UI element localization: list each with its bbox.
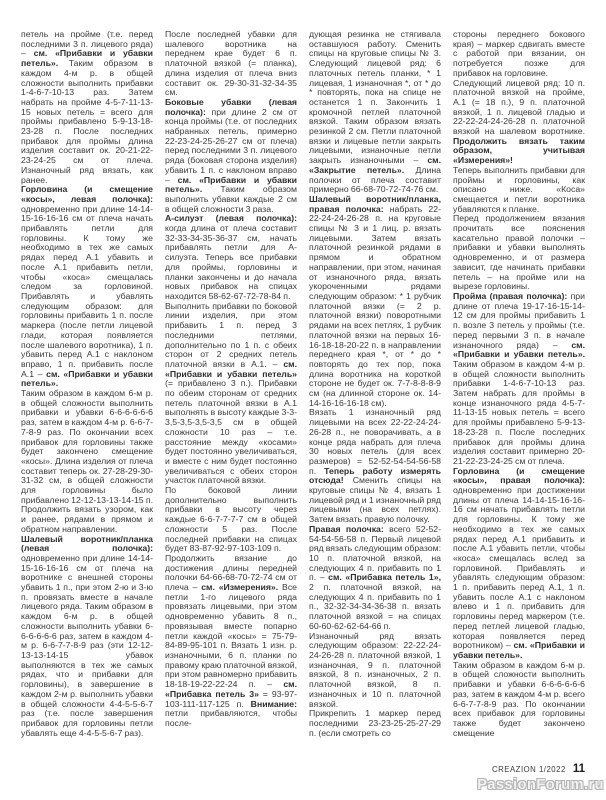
bold-run: см. «Измерения». (201, 582, 278, 592)
magazine-page: петель на пройме (т.е. перед последними … (0, 0, 606, 800)
text-column-3: дующая резинка не стягивала оставшуюся р… (309, 30, 441, 738)
text-run: Таким образом в каждом 6-м р. в общей сл… (21, 388, 153, 534)
text-run: при длине от плеча 19-17-16-15-14-12 см … (453, 291, 585, 350)
text-run: Следующий лицевой ряд: 10 п. платочной в… (453, 78, 585, 137)
bold-run: Шалевый воротник/планка (левая полочка): (21, 534, 153, 554)
paragraph: Продолжить вязание до достижения длины п… (165, 554, 297, 729)
text-run: Таким образом в каждом 4-м р. в общей сл… (21, 58, 153, 184)
text-column-1: петель на пройме (т.е. перед последними … (21, 30, 153, 738)
text-run: Перед продолжением вязания прочитать все… (453, 213, 585, 291)
text-run: одновременно при достижении длины от пле… (453, 485, 585, 650)
bold-run: Продолжить вязать таким образом, учитыва… (453, 136, 585, 165)
text-run: Таким образом в каждом 6-м р. в общей сл… (453, 660, 585, 738)
paragraph: Изнаночный ряд вязать следующим образом:… (309, 632, 441, 710)
paragraph: По боковой линии дополнительно выполнить… (165, 486, 297, 554)
paragraph: Таким образом в каждом 6-м р. в общей сл… (453, 661, 585, 739)
text-run: Все петли 1-го лицевого ряда провязать л… (165, 582, 297, 689)
text-run: одновременно при длине 14-14-15-16-16-16… (21, 553, 153, 738)
bold-run: А-силуэт (левая полочка): (165, 213, 297, 223)
paragraph: Боковые убавки (левая полочка): при длин… (165, 98, 297, 214)
text-run: дующая резинка не стягивала оставшуюся р… (309, 29, 441, 165)
text-run: (= прибавлено 3 п.). Прибавки по обеим с… (165, 378, 297, 485)
paragraph: дующая резинка не стягивала оставшуюся р… (309, 30, 441, 195)
text-run: одновременно при длине 14-14-15-16-16-16… (21, 204, 153, 379)
text-run: набрать 22-22-24-24-26-28 п. на круговые… (309, 204, 441, 408)
bold-run: Горловина (и смещение «косы», левая поло… (21, 184, 153, 204)
bold-run: Горловина (и смещение «косы», правая пол… (453, 466, 585, 486)
text-run: когда длина от плеча составит 32-33-34-3… (165, 223, 297, 301)
paragraph: Таким образом в каждом 6-м р. в общей сл… (21, 389, 153, 535)
paragraph: Горловина (и смещение «косы», левая поло… (21, 185, 153, 389)
bold-run: Внимание: (251, 699, 297, 709)
text-run: Таким образом в каждом 4-м р. в общей сл… (453, 359, 585, 466)
text-column-4: стороны переднего бокового края) – марке… (453, 30, 585, 738)
magazine-issue-label: CREAZION 1/2022 (492, 765, 566, 774)
bold-run: Пройма (правая полочка): (453, 291, 567, 301)
paragraph: Правая полочка: всего 52-52-54-54-56-58 … (309, 525, 441, 632)
bold-run: Правая полочка: (309, 524, 384, 534)
text-run: После последней убавки для шалевого воро… (165, 29, 297, 97)
page-number: 11 (573, 763, 585, 775)
page-footer: CREAZION 1/2022 11 (492, 763, 585, 775)
paragraph: петель на пройме (т.е. перед последними … (21, 30, 153, 185)
columns: петель на пройме (т.е. перед последними … (21, 30, 585, 738)
paragraph: Горловина (и смещение «косы», правая пол… (453, 467, 585, 661)
paragraph: стороны переднего бокового края) – марке… (453, 30, 585, 79)
watermark: PassionForum.ru (477, 777, 604, 793)
paragraph: Перед продолжением вязания прочитать все… (453, 214, 585, 292)
paragraph: Шалевый воротник/планка (левая полочка):… (21, 535, 153, 739)
bold-run: см. «Прибавка петель 1», (328, 572, 441, 582)
text-run: Теперь выполнить прибавки для проймы и г… (453, 165, 585, 214)
text-run: стороны переднего бокового края) – марке… (453, 29, 585, 78)
text-run: при длине 2 см от конца проймы (т.е. от … (165, 107, 297, 185)
paragraph: Пройма (правая полочка): при длине от пл… (453, 292, 585, 467)
paragraph: Выполнить прибавки по боковой линии изде… (165, 302, 297, 486)
paragraph: Шалевый воротник/планка, правая полочка:… (309, 195, 441, 408)
text-run: Прикрепить 1 маркер перед последними 23-… (309, 708, 441, 737)
text-run: Выполнить прибавки по боковой линии изде… (165, 301, 297, 369)
text-run: Изнаночный ряд вязать следующим образом:… (309, 631, 441, 709)
text-run: петли прибавляются, чтобы после- (165, 708, 297, 728)
text-column-2: После последней убавки для шалевого воро… (165, 30, 297, 738)
paragraph: Теперь выполнить прибавки для проймы и г… (453, 166, 585, 215)
paragraph: Вязать 1 изнаночный ряд лицевыми на всех… (309, 408, 441, 524)
text-run: 2 п. платочной вязкой, на следующих 4 п.… (309, 582, 441, 631)
paragraph: Прикрепить 1 маркер перед последними 23-… (309, 709, 441, 738)
paragraph: А-силуэт (левая полочка): когда длина от… (165, 214, 297, 301)
paragraph: После последней убавки для шалевого воро… (165, 30, 297, 98)
text-run: По боковой линии дополнительно выполнить… (165, 485, 297, 553)
paragraph: Следующий лицевой ряд: 10 п. платочной в… (453, 79, 585, 166)
